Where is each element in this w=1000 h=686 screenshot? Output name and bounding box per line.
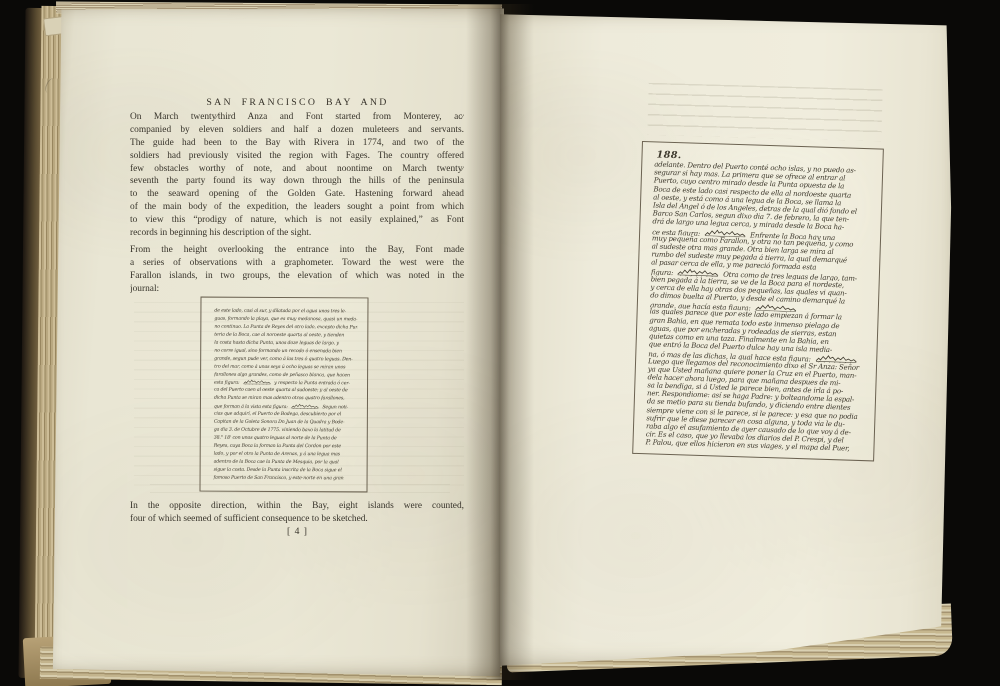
text-line: few obstacles worthy of note, and about … (130, 163, 464, 176)
text-line: In the opposite direction, within the Ba… (130, 500, 464, 513)
text-line: records in beginning his description of … (130, 227, 464, 240)
page-number-folio: [ 4 ] (130, 526, 465, 537)
text-line: to the seaward opening of the Golden Gat… (130, 188, 464, 201)
paragraph-observations: From the height overlooking the entrance… (130, 244, 464, 296)
manuscript-line: tro del mar, como á unas seys ú ocho leg… (214, 363, 357, 372)
open-book-photograph: SAN FRANCISCO BAY AND On March twenty⁄th… (0, 0, 1000, 686)
text-line: On March twenty⁄third Anza and Font star… (130, 111, 464, 124)
text-line: soldiers had previously visited the regi… (130, 150, 464, 163)
text-line: The guide had been to the Bay with River… (130, 137, 464, 150)
text-line: four of which seemed of sufficient conse… (130, 513, 464, 526)
text-line: From the height overlooking the entrance… (130, 244, 464, 257)
text-line: Farallon islands, in two groups, the ele… (130, 270, 464, 283)
manuscript-line: famoso Puerto de San Francisco, y este-n… (214, 474, 357, 483)
text-line: seventh the party found its way down thr… (130, 175, 464, 188)
paragraph-expedition: On March twenty⁄third Anza and Font star… (130, 111, 464, 240)
manuscript-line: grande, segun pude ver, como á las tres … (214, 355, 357, 364)
text-line: journal: (130, 283, 464, 296)
facsimile-manuscript-page-187: de este lado, casi al sur, y dilatada po… (199, 297, 368, 493)
text-line: to view this “prodigy of nature, which i… (130, 214, 464, 227)
facsimile-manuscript-page-188: 188. adelante. Dentro del Puerto conté o… (632, 141, 884, 461)
running-head: SAN FRANCISCO BAY AND (130, 97, 465, 108)
manuscript-text-block: adelante. Dentro del Puerto conté ocho i… (645, 160, 870, 453)
text-line: companied by eleven soldiers and half a … (130, 124, 464, 137)
text-line: a series of observations with a graphome… (130, 257, 464, 270)
text-line: of the main body of the expedition, the … (130, 201, 464, 214)
paragraph-islands-caption: In the opposite direction, within the Ba… (130, 500, 464, 525)
manuscript-line: no corre igual, sino formando un recodo … (214, 347, 357, 356)
